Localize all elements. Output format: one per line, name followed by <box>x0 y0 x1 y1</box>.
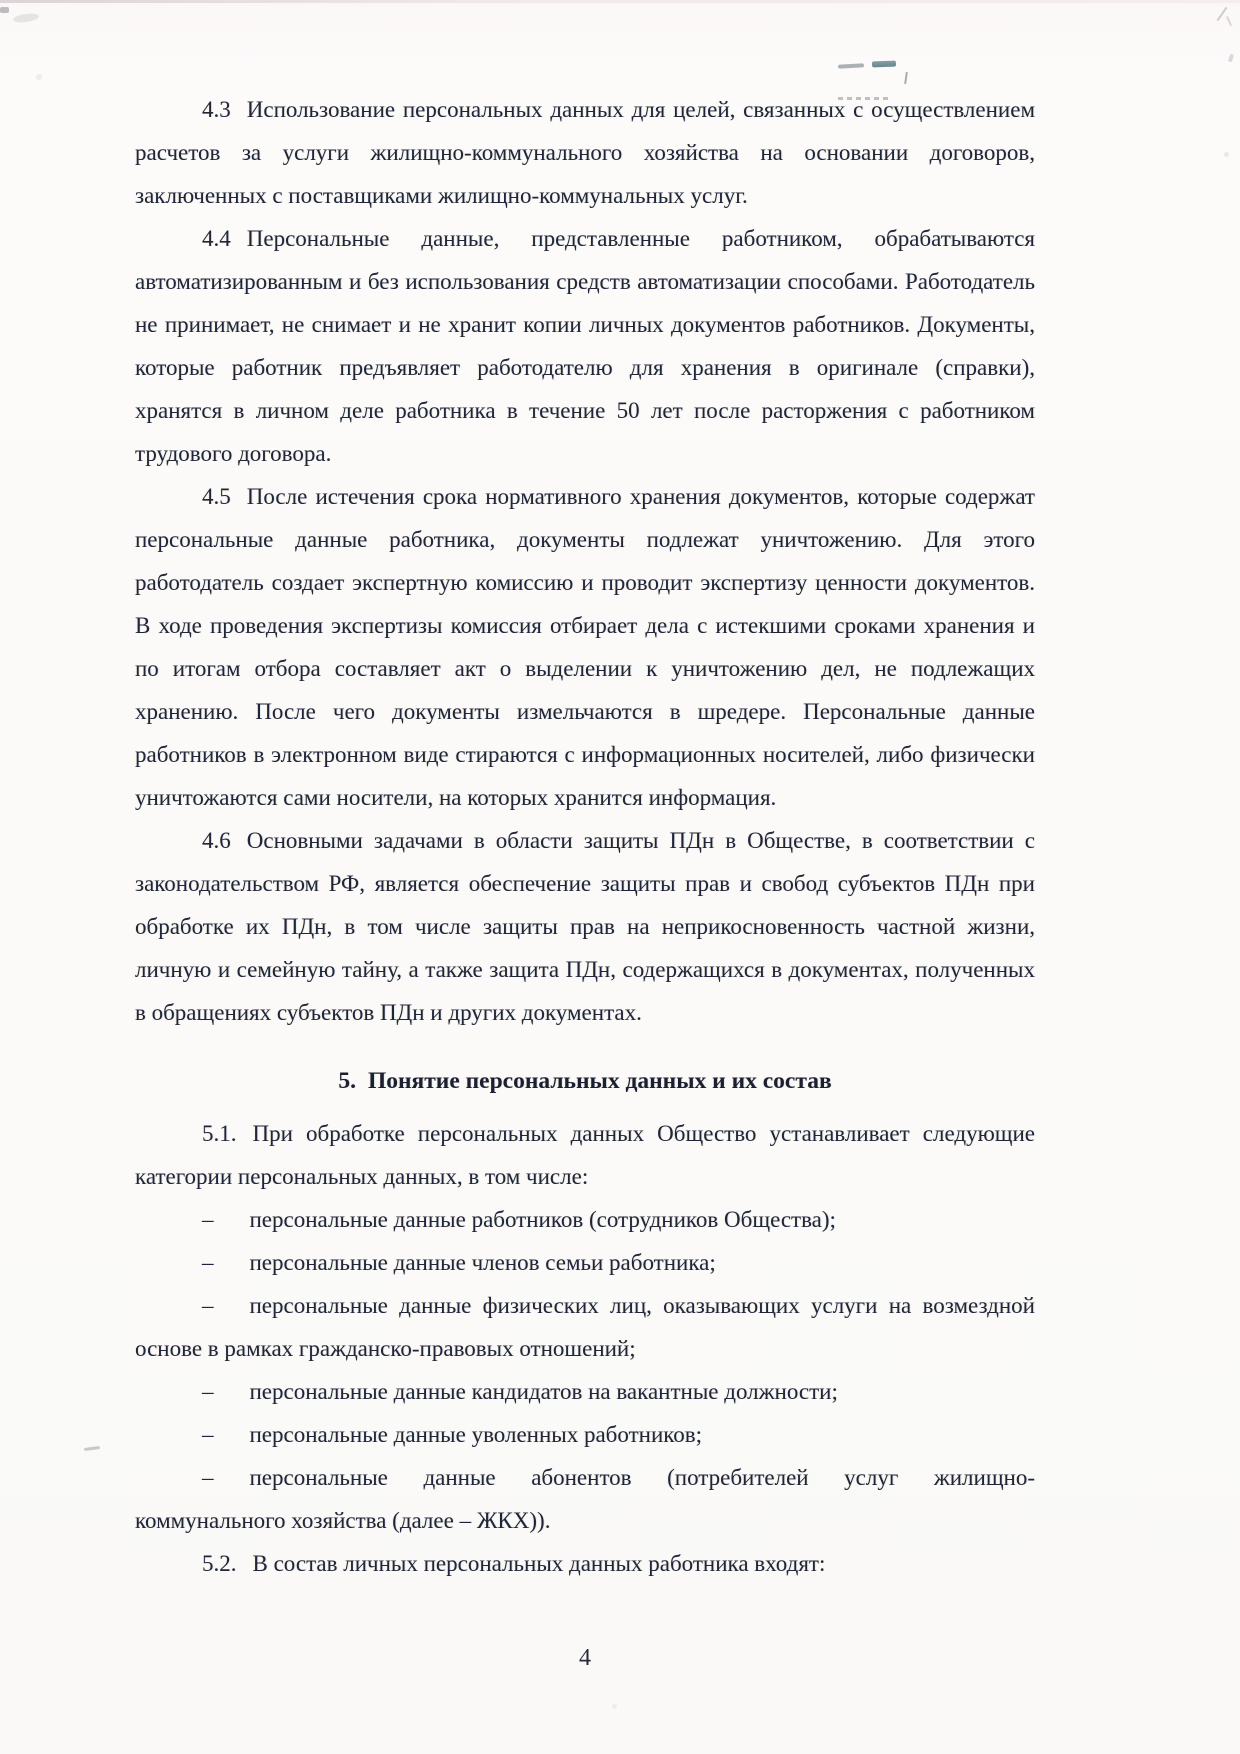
dash-bullet: – <box>202 1379 250 1404</box>
dash-bullet: – <box>202 1250 250 1275</box>
list-item-contractors: –персональные данные физических лиц, ока… <box>135 1284 1035 1370</box>
paragraph-4-5: 4.5После истечения срока нормативного хр… <box>135 475 1035 819</box>
list-item-text: персональные данные абонентов (потребите… <box>135 1465 1035 1533</box>
list-item-family: –персональные данные членов семьи работн… <box>135 1241 1035 1284</box>
paragraph-5-2: 5.2.В состав личных персональных данных … <box>135 1542 1035 1585</box>
section-5-heading: 5.Понятие персональных данных и их соста… <box>135 1060 1035 1103</box>
list-item-text: персональные данные кандидатов на вакант… <box>250 1379 838 1404</box>
list-item-candidates: –персональные данные кандидатов на вакан… <box>135 1370 1035 1413</box>
scan-artifact-smudge-dash <box>872 61 896 68</box>
paragraph-4-6: 4.6Основными задачами в области защиты П… <box>135 819 1035 1034</box>
paragraph-4-4: 4.4Персональные данные, представленные р… <box>135 217 1035 475</box>
list-item-text: персональные данные уволенных работников… <box>250 1422 703 1447</box>
clause-text: Использование персональных данных для це… <box>135 97 1035 208</box>
clause-number: 5.2. <box>202 1551 253 1576</box>
scan-artifact-left-margin-dash <box>84 1446 100 1451</box>
scan-artifact-tick <box>904 72 908 84</box>
clause-text: При обработке персональных данных Общест… <box>135 1121 1035 1189</box>
page-number: 4 <box>135 1645 1035 1672</box>
scan-artifact-corner-squiggle <box>1217 7 1228 21</box>
list-item-text: персональные данные работников (сотрудни… <box>250 1207 836 1232</box>
dash-bullet: – <box>202 1422 250 1447</box>
section-title: Понятие персональных данных и их состав <box>368 1068 832 1094</box>
clause-number: 4.6 <box>202 828 247 853</box>
clause-number: 4.4 <box>202 226 247 251</box>
paragraph-4-3: 4.3Использование персональных данных для… <box>135 88 1035 217</box>
scan-artifact-speck <box>36 74 42 80</box>
list-item-workers: –персональные данные работников (сотрудн… <box>135 1198 1035 1241</box>
clause-text: Основными задачами в области защиты ПДн … <box>135 828 1035 1025</box>
clause-text: В состав личных персональных данных рабо… <box>253 1551 826 1576</box>
scan-artifact-speck <box>1228 54 1234 63</box>
scanned-document-page: 4.3Использование персональных данных для… <box>0 0 1240 1754</box>
list-item-text: персональные данные физических лиц, оказ… <box>135 1293 1035 1361</box>
clause-number: 4.3 <box>202 97 247 122</box>
scan-artifact-speck <box>1224 152 1229 157</box>
scan-artifact-corner-squiggle <box>1226 16 1232 26</box>
paragraph-5-1: 5.1.При обработке персональных данных Об… <box>135 1112 1035 1198</box>
list-item-text: персональные данные членов семьи работни… <box>250 1250 716 1275</box>
dash-bullet: – <box>202 1465 250 1490</box>
dash-bullet: – <box>202 1293 250 1318</box>
list-item-subscribers: –персональные данные абонентов (потребит… <box>135 1456 1035 1542</box>
list-item-dismissed: –персональные данные уволенных работнико… <box>135 1413 1035 1456</box>
clause-text: После истечения срока нормативного хране… <box>135 484 1035 810</box>
dash-bullet: – <box>202 1207 250 1232</box>
scan-artifact-top-edge <box>0 0 1240 3</box>
clause-number: 4.5 <box>202 484 247 509</box>
scan-artifact-smudge-dash <box>838 63 864 68</box>
scan-artifact-top-left-mark <box>0 7 9 13</box>
document-body: 4.3Использование персональных данных для… <box>135 88 1035 1585</box>
section-number: 5. <box>338 1068 368 1094</box>
clause-text: Персональные данные, представленные рабо… <box>135 226 1035 466</box>
scan-artifact-speck <box>612 1704 617 1709</box>
clause-number: 5.1. <box>202 1121 253 1146</box>
scan-artifact-top-left-smudge <box>13 12 40 24</box>
